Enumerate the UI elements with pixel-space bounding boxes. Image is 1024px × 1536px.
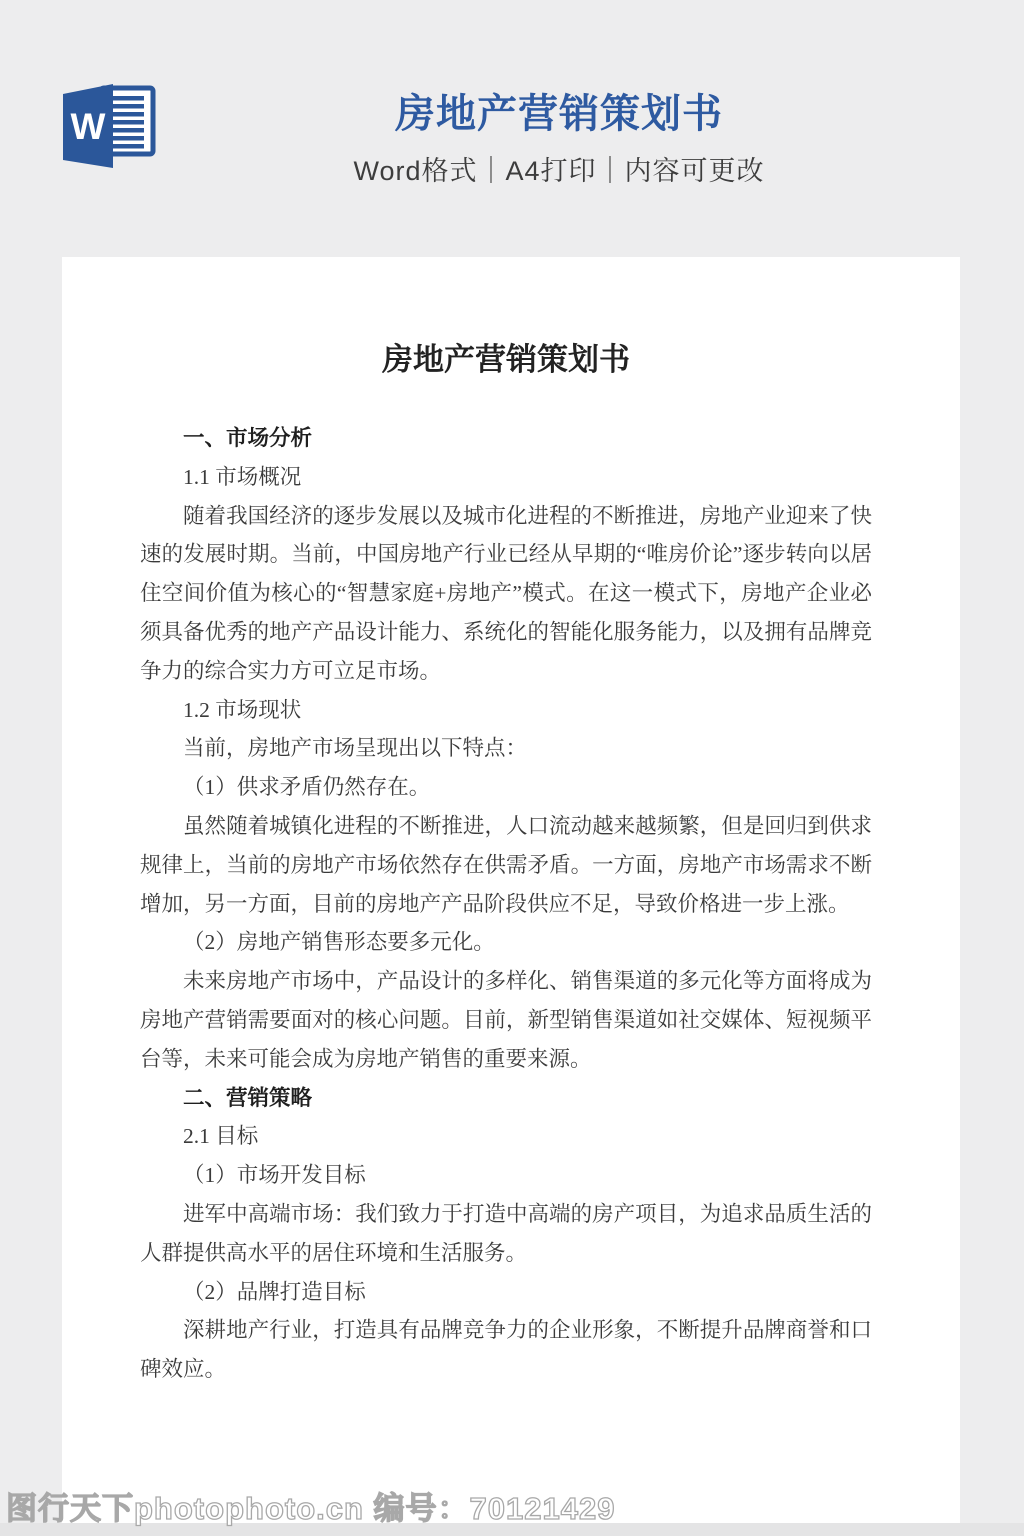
body-paragraph: 进军中高端市场：我们致力于打造中高端的房产项目，为追求品质生活的人群提供高水平的… (140, 1195, 872, 1273)
body-paragraph: （1）市场开发目标 (140, 1156, 872, 1195)
document-title: 房地产营销策划书 (140, 337, 872, 383)
watermark-text: 图行天下photophoto.cn 编号：70121429 (6, 1483, 615, 1528)
section-heading: 一、市场分析 (140, 419, 872, 458)
template-title: 房地产营销策划书 (94, 92, 1024, 136)
template-header: W 房地产营销策划书 Word格式｜A4打印｜内容可更改 (0, 0, 1024, 230)
document-page: 房地产营销策划书 一、市场分析1.1 市场概况随着我国经济的逐步发展以及城市化进… (62, 257, 960, 1525)
section-subheading: 1.1 市场概况 (140, 458, 872, 497)
body-paragraph: （2）品牌打造目标 (140, 1273, 872, 1312)
document-body: 一、市场分析1.1 市场概况随着我国经济的逐步发展以及城市化进程的不断推进，房地… (140, 419, 872, 1389)
section-heading: 二、营销策略 (140, 1079, 872, 1118)
header-text-block: 房地产营销策划书 Word格式｜A4打印｜内容可更改 (0, 92, 1024, 188)
body-paragraph: 虽然随着城镇化进程的不断推进，人口流动越来越频繁，但是回归到供求规律上，当前的房… (140, 807, 872, 923)
body-paragraph: 未来房地产市场中，产品设计的多样化、销售渠道的多元化等方面将成为房地产营销需要面… (140, 962, 872, 1078)
body-paragraph: 随着我国经济的逐步发展以及城市化进程的不断推进，房地产业迎来了快速的发展时期。当… (140, 497, 872, 691)
body-paragraph: （1）供求矛盾仍然存在。 (140, 768, 872, 807)
document-content: 房地产营销策划书 一、市场分析1.1 市场概况随着我国经济的逐步发展以及城市化进… (62, 257, 960, 1389)
section-subheading: 1.2 市场现状 (140, 691, 872, 730)
body-paragraph: 深耕地产行业，打造具有品牌竞争力的企业形象，不断提升品牌商誉和口碑效应。 (140, 1311, 872, 1389)
body-paragraph: 当前，房地产市场呈现出以下特点： (140, 729, 872, 768)
body-paragraph: （2）房地产销售形态要多元化。 (140, 923, 872, 962)
template-subtitle: Word格式｜A4打印｜内容可更改 (94, 149, 1024, 188)
section-subheading: 2.1 目标 (140, 1117, 872, 1156)
